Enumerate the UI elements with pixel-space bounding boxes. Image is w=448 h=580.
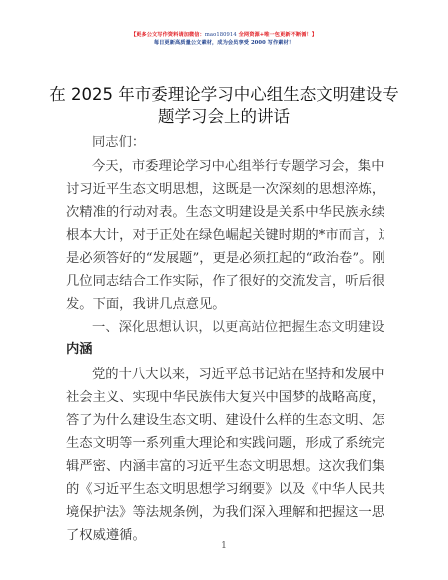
paragraph-2-line: 境保护法》等法规条例，为我们深入理解和把握这一思想提供 xyxy=(66,504,384,522)
paragraph-1-line: 是必须答好的“发展题”，更是必须扛起的“政治卷”。刚才， xyxy=(66,250,384,268)
page-number: 1 xyxy=(0,541,448,551)
paragraph-2-line: 社会主义、实现中华民族伟大复兴中国梦的战略高度，深刻回 xyxy=(66,389,384,407)
document-page: 【更多公文写作资料请加微信：mao180914 全网资源+唯一包更新不断循！】 … xyxy=(0,0,448,580)
paragraph-2-line: 生态文明等一系列重大理论和实践问题，形成了系统完整、逻 xyxy=(66,435,384,453)
paragraph-1-line: 根本大计，对于正处在绿色崛起关键时期的*市而言，这不仅 xyxy=(66,227,384,245)
paragraph-1-line: 发。下面，我讲几点意见。 xyxy=(66,296,384,314)
paragraph-2-line: 的《习近平生态文明思想学习纲要》以及《中华人民共和国环 xyxy=(66,481,384,499)
paragraph-1-line: 今天，市委理论学习中心组举行专题学习会，集中学习研 xyxy=(92,158,384,176)
document-title-line-2: 题学习会上的讲话 xyxy=(0,106,448,128)
greeting: 同志们： xyxy=(92,134,145,152)
wechat-id: mao180914 xyxy=(205,32,237,38)
paragraph-2-line: 辑严密、内涵丰富的习近平生态文明思想。这次我们集中学习 xyxy=(66,458,384,476)
document-title-line-1: 在 2025 年市委理论学习中心组生态文明建设专 xyxy=(0,84,448,106)
paragraph-1-line: 次精准的行动对表。生态文明建设是关系中华民族永续发展的 xyxy=(66,204,384,222)
section-1-heading-line-1: 一、深化思想认识，以更高站位把握生态文明建设的时代 xyxy=(92,319,384,337)
paragraph-1-line: 几位同志结合工作实际，作了很好的交流发言，听后很受启 xyxy=(66,273,384,291)
promo-banner-line-1: 【更多公文写作资料请加微信：mao180914 全网资源+唯一包更新不断循！】 xyxy=(0,32,448,39)
paragraph-2-line: 答了为什么建设生态文明、建设什么样的生态文明、怎样建设 xyxy=(66,412,384,430)
promo-banner-prefix: 【更多公文写作资料请加微信： xyxy=(131,32,205,38)
section-1-heading-line-2: 内涵 xyxy=(66,341,93,359)
paragraph-1-line: 讨习近平生态文明思想，这既是一次深刻的思想淬炼，也是一 xyxy=(66,181,384,199)
promo-banner-suffix: 全网资源+唯一包更新不断循！】 xyxy=(237,32,317,38)
paragraph-2-line: 党的十八大以来，习近平总书记站在坚持和发展中国特色 xyxy=(92,366,384,384)
promo-banner-line-2: 每日更新高质量公文素材，成为会员享受 2000 写作素材！ xyxy=(0,40,448,47)
